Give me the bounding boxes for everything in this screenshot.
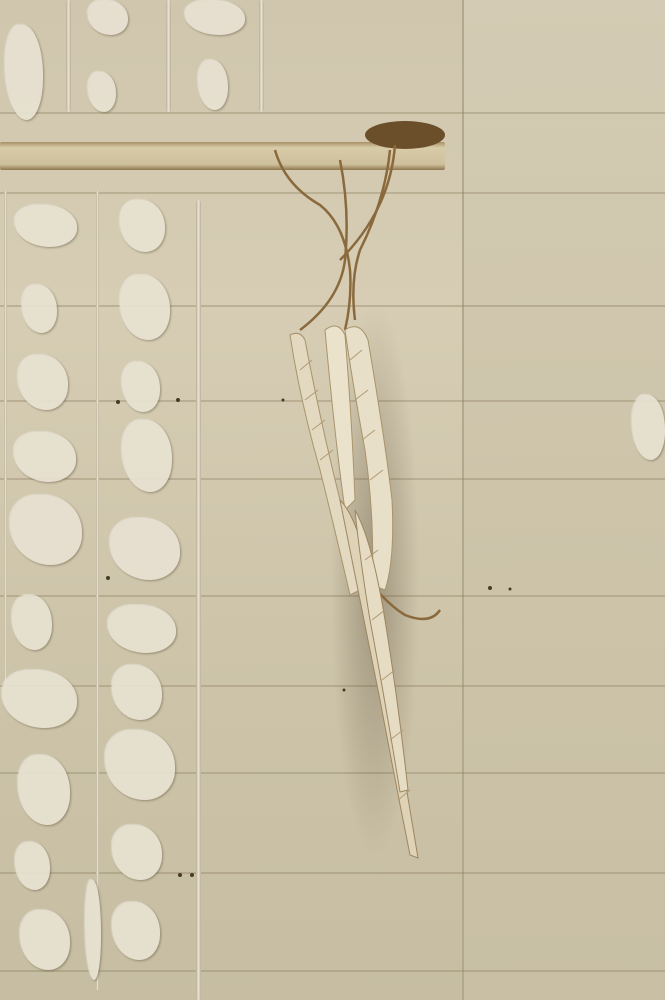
photo-scene [0, 0, 665, 1000]
paper-specks [106, 398, 512, 877]
twisted-paper-bundle [0, 0, 665, 1000]
twine-knot [365, 121, 445, 149]
paper-twists [290, 326, 418, 858]
